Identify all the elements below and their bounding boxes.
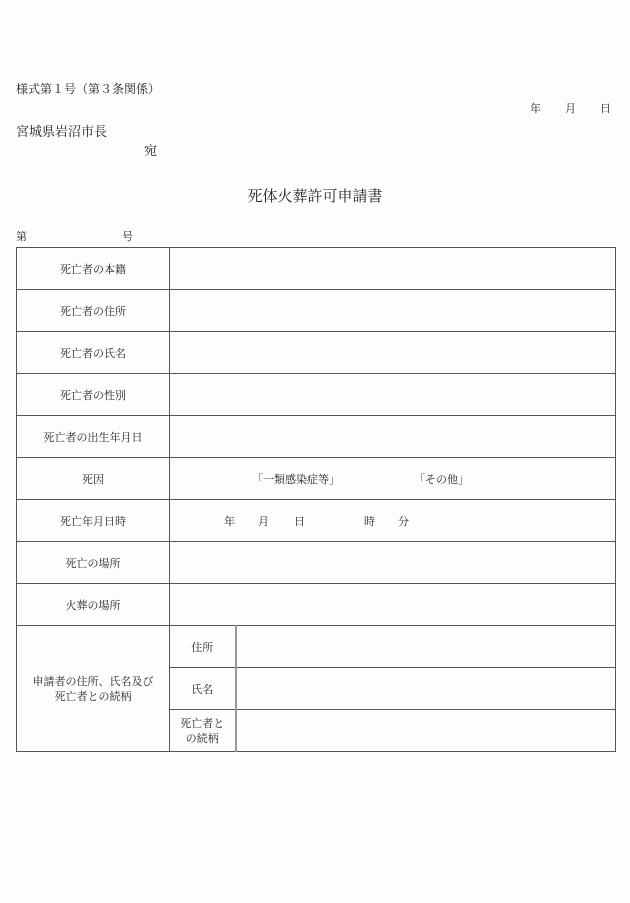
applicant-name-field[interactable] — [236, 668, 616, 710]
cause-option-other[interactable]: 「その他」 — [414, 471, 469, 487]
row-label: 死亡年月日時 — [17, 500, 170, 542]
row-label: 死因 — [17, 458, 170, 500]
applicant-label-line2: 死亡者との続柄 — [17, 689, 169, 704]
row-label: 死亡者の住所 — [17, 290, 170, 332]
minute-label: 分 — [398, 513, 409, 529]
table-row: 死亡年月日時 年 月 日 時 分 — [17, 500, 616, 542]
applicant-label-line1: 申請者の住所、氏名及び — [17, 674, 169, 689]
table-row: 死亡の場所 — [17, 542, 616, 584]
cause-option-infectious[interactable]: 「一類感染症等」 — [252, 471, 340, 487]
applicant-label: 申請者の住所、氏名及び 死亡者との続柄 — [17, 626, 170, 752]
number-dai: 第 — [16, 228, 27, 244]
year-label: 年 — [224, 513, 235, 529]
relation-line1: 死亡者と — [170, 716, 235, 731]
atena: 宛 — [144, 140, 157, 159]
name-field[interactable] — [170, 332, 616, 374]
row-label: 死亡の場所 — [17, 542, 170, 584]
sex-field[interactable] — [170, 374, 616, 416]
cause-field[interactable]: 「一類感染症等」 「その他」 — [170, 458, 616, 500]
month-label: 月 — [258, 513, 269, 529]
death-datetime-field[interactable]: 年 月 日 時 分 — [170, 500, 616, 542]
applicant-address-field[interactable] — [236, 626, 616, 668]
birthdate-field[interactable] — [170, 416, 616, 458]
honseki-field[interactable] — [170, 248, 616, 290]
number-go: 号 — [122, 228, 133, 244]
table-row: 死因 「一類感染症等」 「その他」 — [17, 458, 616, 500]
cremation-place-field[interactable] — [170, 584, 616, 626]
table-row: 死亡者の住所 — [17, 290, 616, 332]
death-place-field[interactable] — [170, 542, 616, 584]
row-label: 死亡者の本籍 — [17, 248, 170, 290]
form-number: 様式第１号（第３条関係） — [16, 80, 160, 97]
applicant-relation-label: 死亡者と の続柄 — [170, 710, 236, 752]
applicant-address-label: 住所 — [170, 626, 236, 668]
date-year-label: 年 — [530, 100, 541, 116]
row-label: 死亡者の性別 — [17, 374, 170, 416]
table-row: 死亡者の本籍 — [17, 248, 616, 290]
date-month-label: 月 — [565, 100, 576, 116]
page-title: 死体火葬許可申請書 — [0, 185, 630, 206]
table-row: 火葬の場所 — [17, 584, 616, 626]
table-row: 死亡者の氏名 — [17, 332, 616, 374]
table-row: 死亡者の出生年月日 — [17, 416, 616, 458]
row-label: 死亡者の出生年月日 — [17, 416, 170, 458]
applicant-relation-field[interactable] — [236, 710, 616, 752]
day-label: 日 — [294, 513, 305, 529]
date-day-label: 日 — [600, 100, 611, 116]
applicant-name-label: 氏名 — [170, 668, 236, 710]
row-label: 死亡者の氏名 — [17, 332, 170, 374]
relation-line2: の続柄 — [170, 731, 235, 746]
table-row: 死亡者の性別 — [17, 374, 616, 416]
hour-label: 時 — [364, 513, 375, 529]
application-table: 死亡者の本籍 死亡者の住所 死亡者の氏名 死亡者の性別 死亡者の出生年月日 死因… — [16, 247, 616, 752]
row-label: 火葬の場所 — [17, 584, 170, 626]
recipient: 宮城県岩沼市長 — [16, 121, 107, 140]
table-row: 申請者の住所、氏名及び 死亡者との続柄 住所 — [17, 626, 616, 668]
address-field[interactable] — [170, 290, 616, 332]
